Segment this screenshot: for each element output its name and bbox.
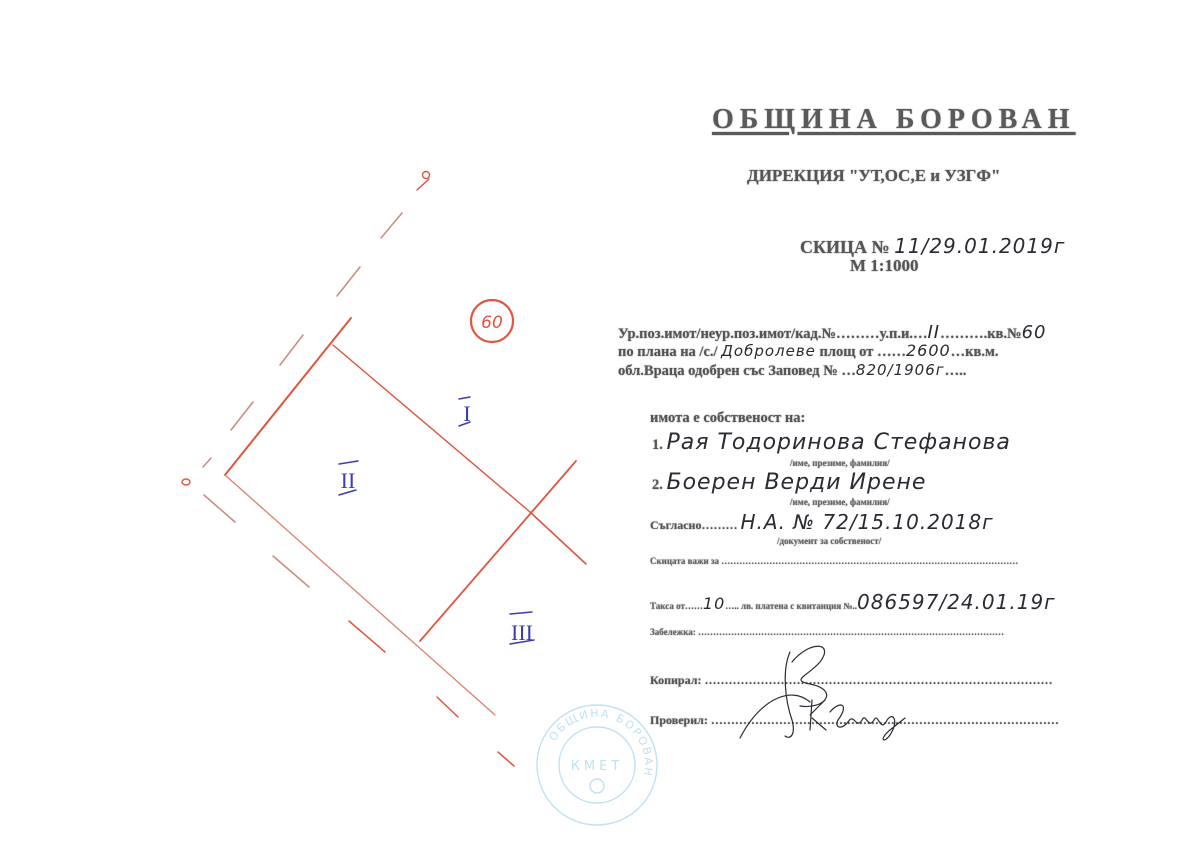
owner-index: 2.: [652, 477, 663, 493]
fee-row: Такса от……10….. лв. платена с квитанция …: [650, 590, 1056, 614]
basis-label: Съгласно: [650, 518, 701, 532]
property-line-3: обл.Враца одобрен със Заповед № …820/190…: [618, 361, 966, 380]
basis-row: Съгласно……… Н.А. № 72/15.10.2018г: [650, 510, 994, 534]
owner-name: Боерен Верди Ирене: [667, 470, 927, 495]
plot-boundaries: [225, 318, 586, 715]
directorate-title: ДИРЕКЦИЯ "УТ,ОС,Е и УЗГФ": [747, 166, 1000, 186]
receipt-label: лв. платена с квитанция №: [741, 601, 853, 611]
area-value: 2600: [906, 341, 951, 360]
note-row: Забележка: ………………………………………………………………………………: [650, 627, 1004, 637]
basis-caption: /документ за собственост/: [777, 536, 881, 546]
order-value: 820/1906г: [856, 361, 945, 379]
organization-title: ОБЩИНА БОРОВАН: [712, 104, 1076, 136]
official-stamp: ОБЩИНА БОРОВАН КМЕТ: [532, 700, 662, 830]
owner-name: Рая Тодоринова Стефанова: [667, 430, 1011, 455]
upi-value: II: [927, 322, 940, 343]
property-line-1: Ур.поз.имот/неур.поз.имот/кад.№………у.п.и.…: [618, 322, 1046, 343]
street-axis-lower: [204, 495, 514, 766]
block-number: 60: [481, 313, 503, 333]
block-value: 60: [1022, 322, 1047, 343]
scale-label: М 1:1000: [850, 256, 918, 276]
fee-amount: 10: [703, 594, 725, 613]
area-unit: кв.м.: [965, 344, 998, 360]
village-value: Добролеве: [721, 342, 816, 360]
owner-2-caption: /име, презиме, фамилия/: [790, 497, 890, 507]
order-label: обл.Враца одобрен със Заповед №: [618, 363, 838, 379]
validity-label: Скицата важи за: [650, 556, 719, 566]
fee-label: Такса от: [650, 601, 685, 611]
basis-value: Н.А. № 72/15.10.2018г: [740, 510, 993, 534]
stamp-center-text: КМЕТ: [571, 759, 624, 774]
sketch-number: СКИЦА № 11/29.01.2019г: [800, 234, 1065, 258]
sketch-number-value: 11/29.01.2019г: [894, 234, 1065, 258]
signature: [730, 640, 970, 750]
note-label: Забележка:: [650, 627, 696, 637]
area-label: площ от: [820, 344, 874, 360]
plot-label-2: II: [341, 468, 356, 493]
property-line-2: по плана на /с./ Добролеве площ от ……260…: [618, 341, 998, 361]
upi-label: у.п.и.: [880, 326, 913, 342]
owner-index: 1.: [652, 437, 663, 453]
receipt-value: 086597/24.01.19г: [857, 590, 1056, 614]
copied-label: Копирал:: [650, 673, 701, 687]
cadastral-label: Ур.поз.имот/неур.поз.имот/кад.№: [618, 326, 836, 342]
owner-2: 2. Боерен Верди Ирене: [652, 470, 926, 495]
owner-1-caption: /име, презиме, фамилия/: [790, 458, 890, 468]
owners-heading: имота е собственост на:: [650, 410, 805, 427]
block-label: кв.№: [987, 326, 1021, 342]
street-axis-upper: [182, 172, 430, 486]
owner-1: 1. Рая Тодоринова Стефанова: [652, 430, 1011, 455]
plan-label: по плана на /с./: [618, 344, 718, 360]
validity-row: Скицата важи за …………………………………………………………………: [650, 556, 1018, 566]
sketch-number-label: СКИЦА №: [800, 237, 890, 257]
